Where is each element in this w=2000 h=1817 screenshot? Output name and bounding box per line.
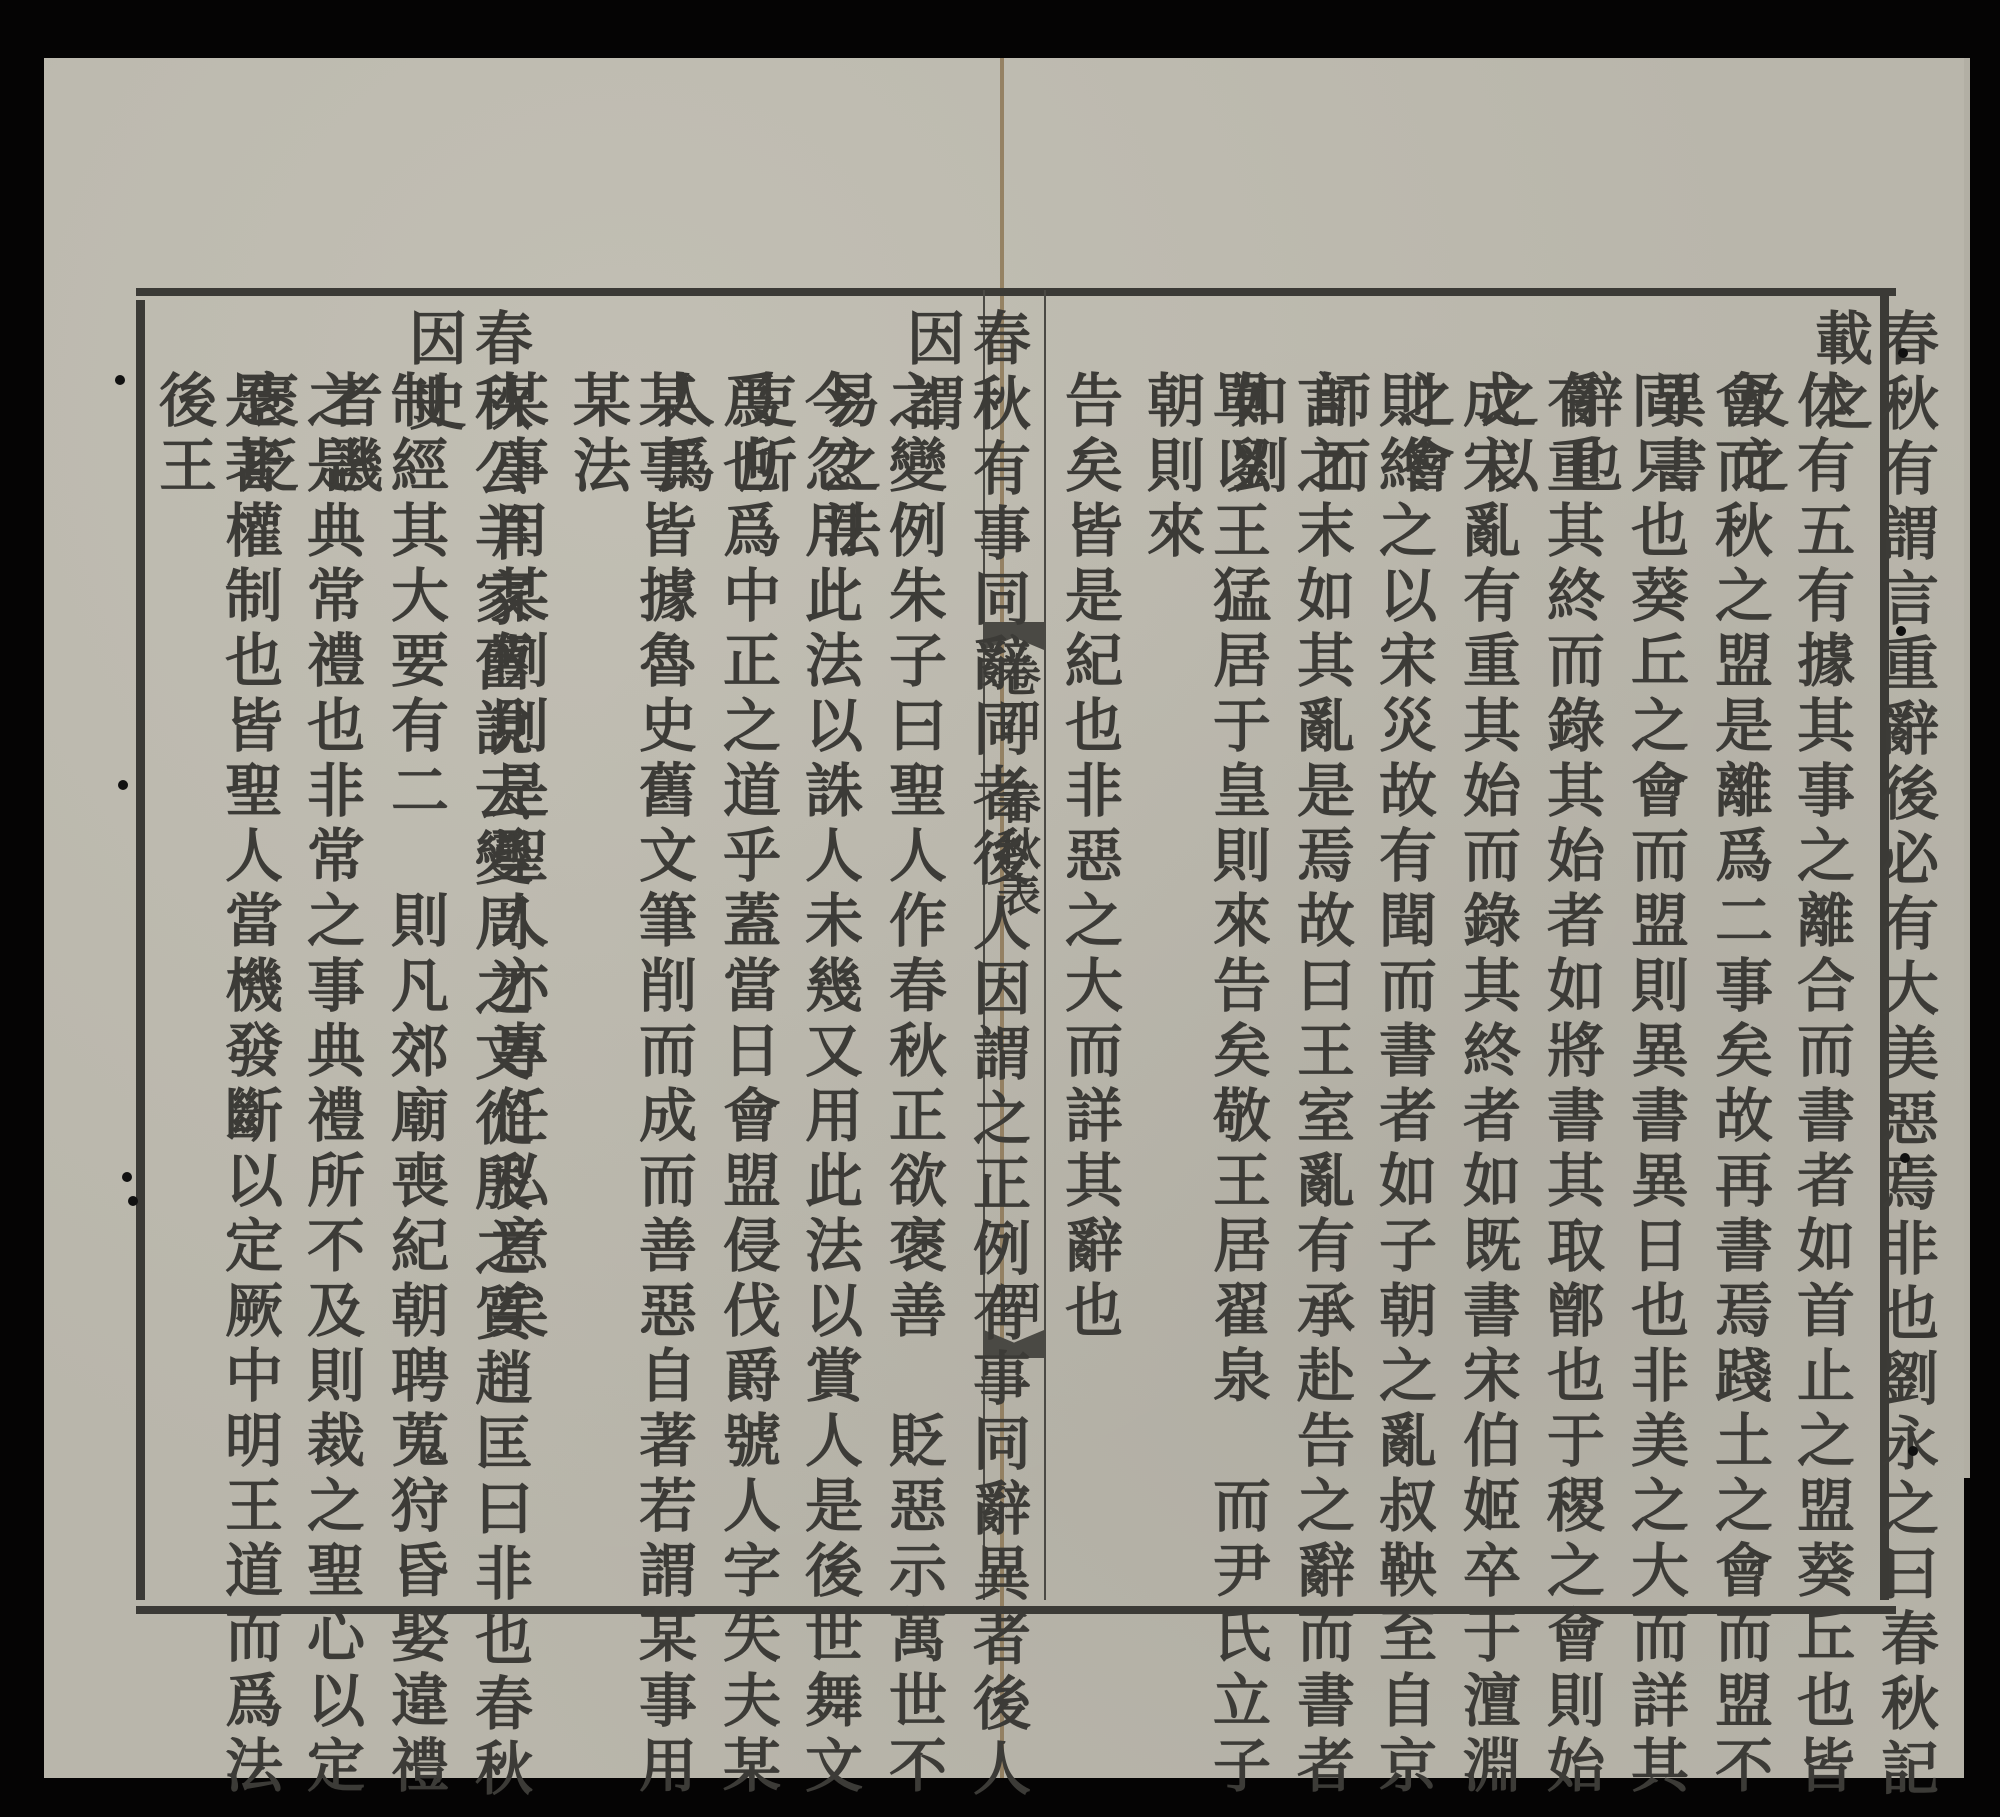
text-column: 某事皆據魯史舊文筆削而成而善惡自著若謂某事用某法	[564, 370, 696, 1817]
printed-border-left	[136, 300, 145, 1600]
paper-edge	[1964, 58, 1970, 1478]
center-strip-rule-right	[1044, 290, 1046, 1600]
binding-hole	[122, 1172, 132, 1182]
binding-hole	[115, 375, 125, 385]
binding-hole	[1900, 1153, 1910, 1163]
binding-hole	[1908, 1446, 1918, 1456]
binding-hole	[118, 780, 128, 790]
text-column: 單以王猛居于皇則來告矣敬王居翟泉 而尹氏立子朝則來	[1138, 370, 1270, 1817]
binding-hole	[128, 1196, 138, 1206]
text-column: 是著權制也皆聖人當機發斷以定厥中明王道而爲法後王	[150, 370, 282, 1817]
binding-hole	[1898, 348, 1908, 358]
binding-hole	[1896, 626, 1906, 636]
text-column: 告矣皆是紀也非惡之大而詳其辭也	[1056, 370, 1122, 1345]
